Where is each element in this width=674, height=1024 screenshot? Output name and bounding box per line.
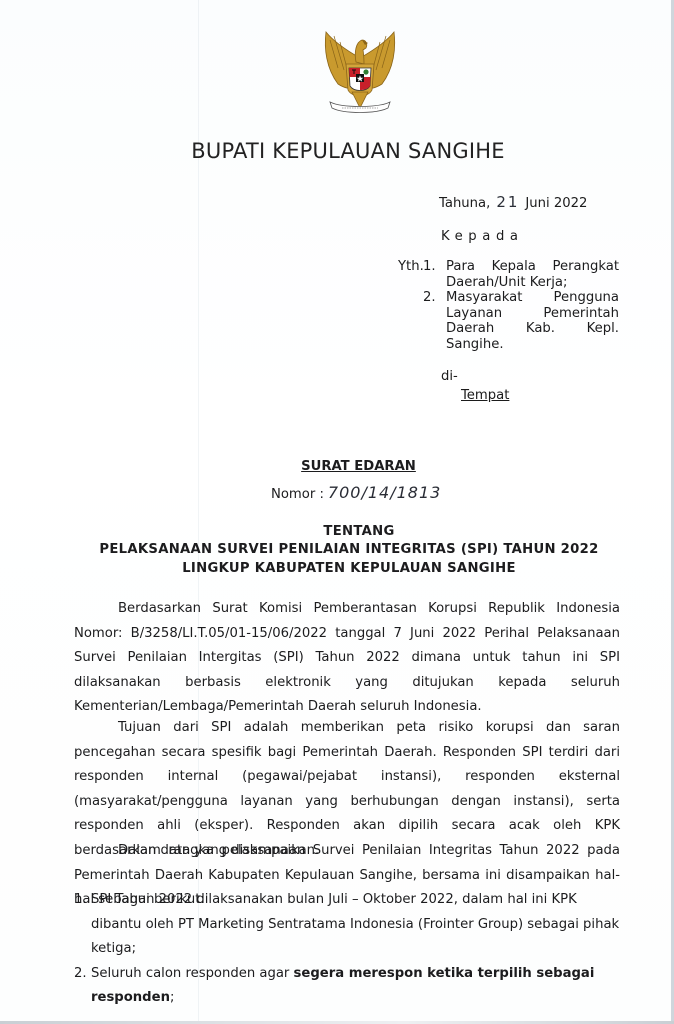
recipient-item: 1. Para Kepala PerangkatDaerah/Unit Kerj… [423,259,619,290]
body-paragraph-1: Berdasarkan Surat Komisi Pemberantasan K… [74,597,620,720]
letterhead-title: BUPATI KEPULAUAN SANGIHE [0,139,674,163]
garuda-pancasila-emblem-icon [316,28,404,120]
yth-label: Yth. [398,259,424,274]
recipient-list: 1. Para Kepala PerangkatDaerah/Unit Kerj… [423,259,619,353]
kepada-label: Kepada [441,229,524,244]
subject-tentang: TENTANG [0,524,674,539]
scanned-letter-page: BUPATI KEPULAUAN SANGIHE Tahuna,21Juni 2… [0,0,674,1024]
handwritten-day: 21 [496,193,519,211]
list-item: 2. Seluruh calon responden agar segera m… [74,962,620,1011]
tempat-label: Tempat [461,388,509,403]
points-list: 1. SPI Tahun 2022 dilaksanakan bulan Jul… [74,888,620,1011]
subject-line-1: PELAKSANAAN SURVEI PENILAIAN INTEGRITAS … [0,542,674,557]
letter-date: Tahuna,21Juni 2022 [439,193,587,211]
recipient-item: 2. Masyarakat PenggunaLayanan Pemerintah… [423,290,619,352]
list-item: 1. SPI Tahun 2022 dilaksanakan bulan Jul… [74,888,620,962]
di-label: di- [441,369,458,384]
circular-number: Nomor :700/14/1813 [271,483,441,502]
circular-title: SURAT EDARAN [0,459,674,474]
subject-line-2: LINGKUP KABUPATEN KEPULAUAN SANGIHE [0,561,674,576]
handwritten-number: 700/14/1813 [328,483,441,502]
